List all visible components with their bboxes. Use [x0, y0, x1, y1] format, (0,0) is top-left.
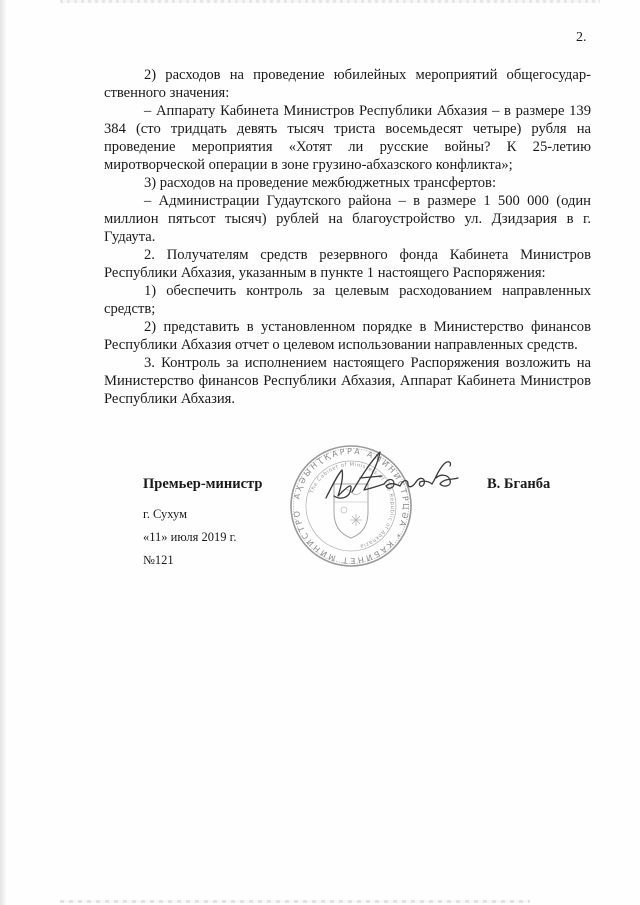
signatory-name: В. Бганба: [487, 476, 550, 493]
document-page: 2. 2) расходов на проведение юбилейных м…: [0, 0, 640, 905]
document-number: №121: [143, 553, 174, 568]
handwritten-signature-icon: [320, 448, 470, 508]
signature-block: АҲӘЫНҬҚАРРА АМИНИСТРЦӘА * КАБИНЕТ МИНИСТ…: [0, 0, 640, 905]
document-city: г. Сухум: [143, 507, 187, 522]
signatory-title: Премьер-министр: [143, 476, 262, 493]
document-date: «11» июля 2019 г.: [143, 530, 236, 545]
